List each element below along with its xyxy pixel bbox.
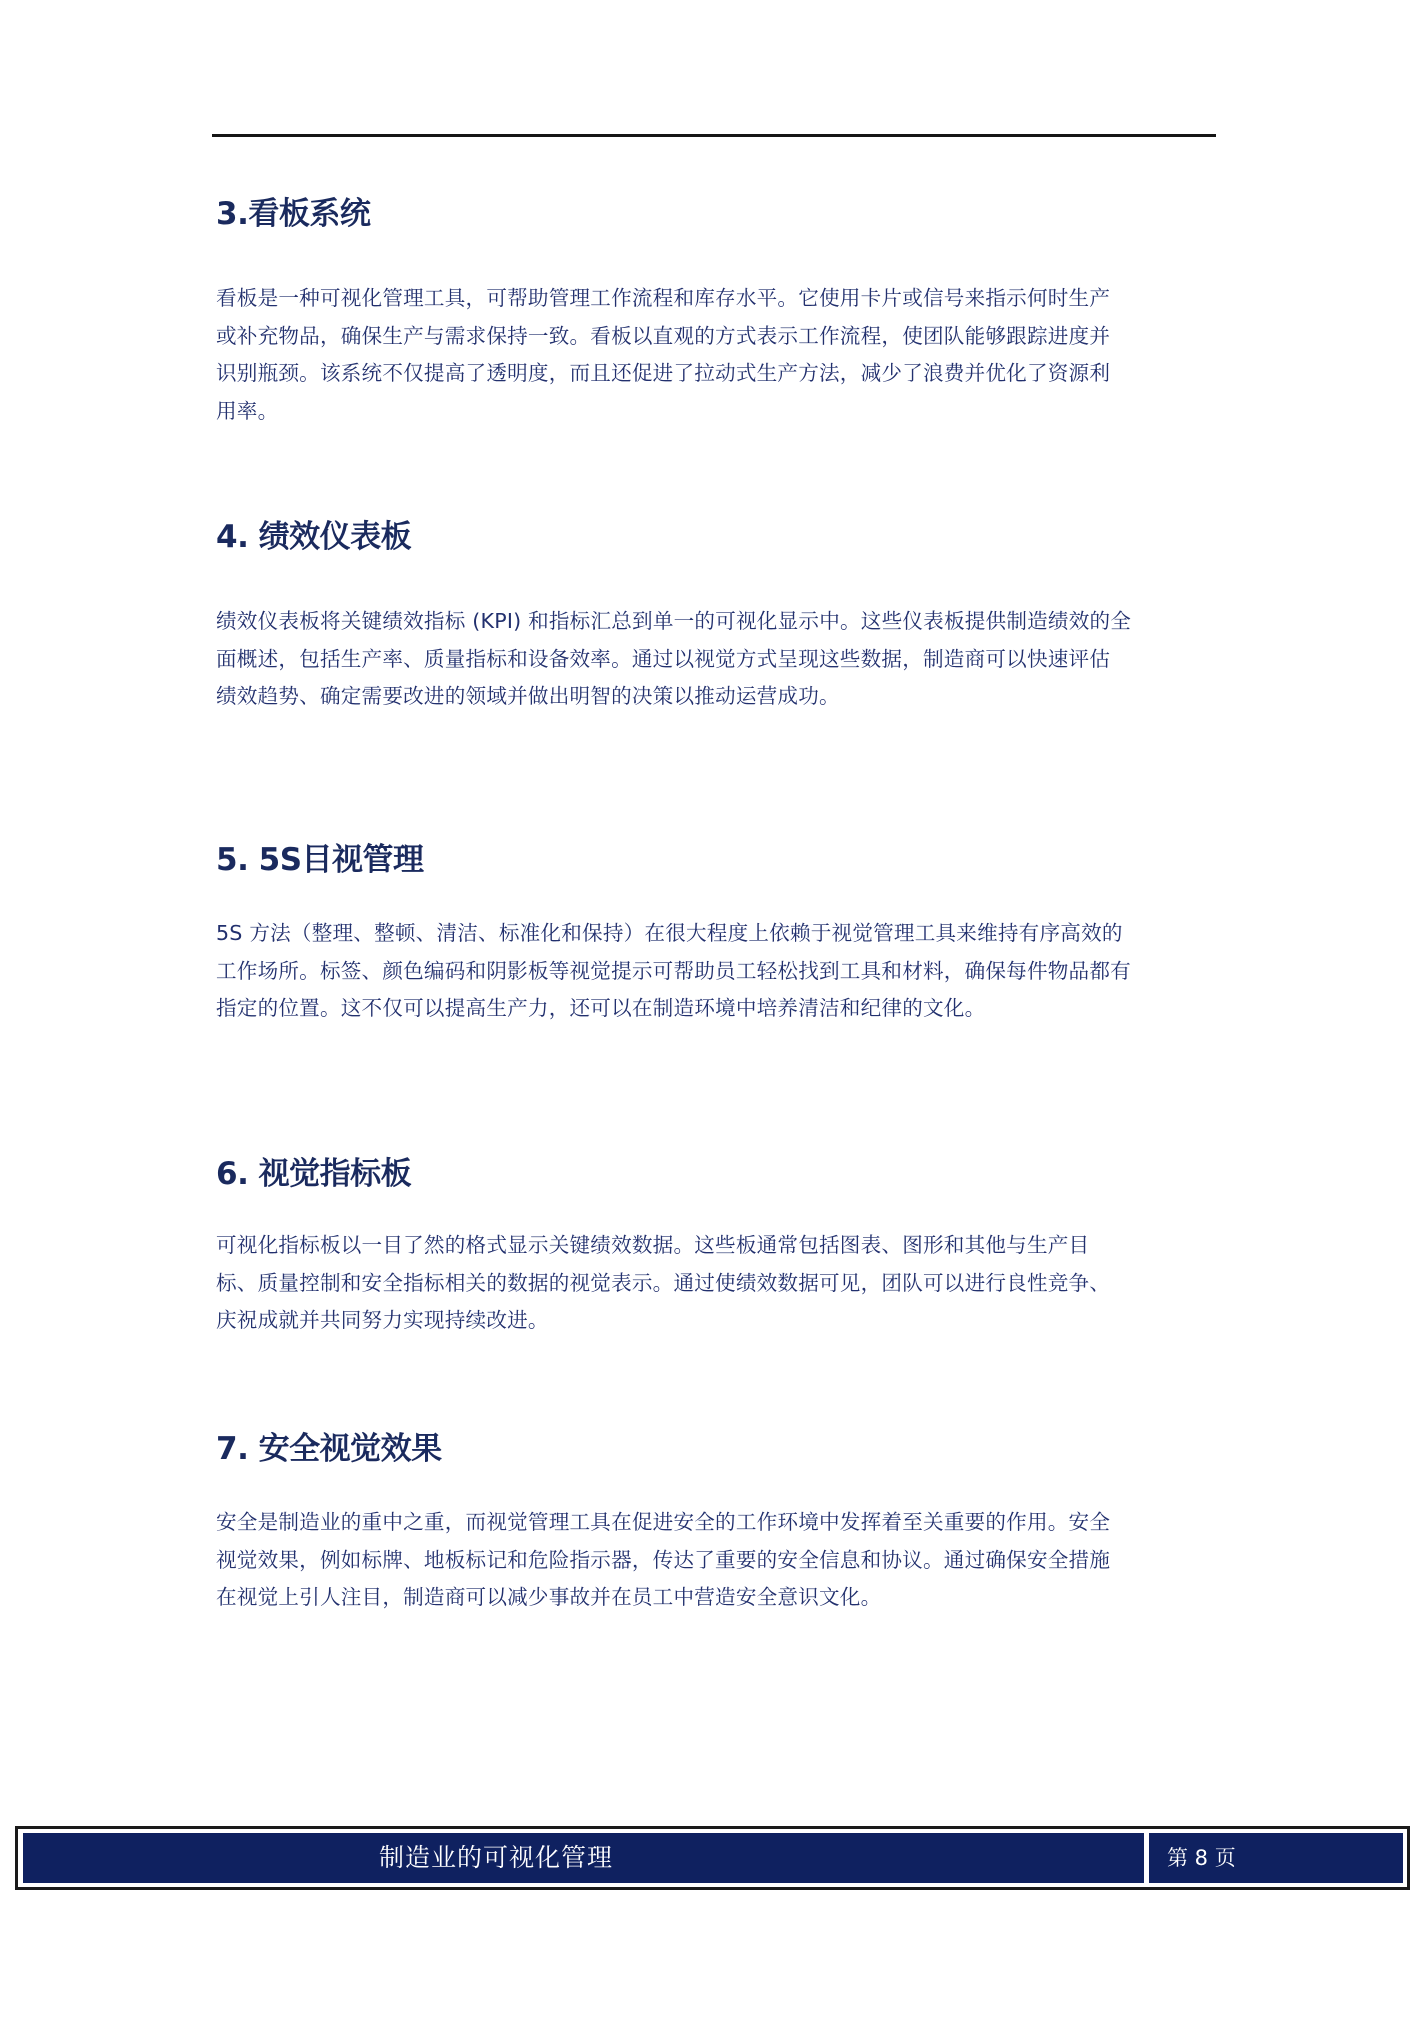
body-line: 标、质量控制和安全指标相关的数据的视觉表示。通过使绩效数据可见，团队可以进行良性…: [216, 1265, 1226, 1303]
body-line: 5S 方法（整理、整顿、清洁、标准化和保持）在很大程度上依赖于视觉管理工具来维持…: [216, 915, 1226, 953]
footer-page-box: 第 8 页: [1149, 1833, 1403, 1883]
body-line: 指定的位置。这不仅可以提高生产力，还可以在制造环境中培养清洁和纪律的文化。: [216, 990, 1226, 1028]
section-body: 可视化指标板以一目了然的格式显示关键绩效数据。这些板通常包括图表、图形和其他与生…: [216, 1227, 1226, 1340]
body-line: 看板是一种可视化管理工具，可帮助管理工作流程和库存水平。它使用卡片或信号来指示何…: [216, 280, 1226, 318]
section-body: 安全是制造业的重中之重，而视觉管理工具在促进安全的工作环境中发挥着至关重要的作用…: [216, 1504, 1226, 1617]
section-visual-metric-boards: 6. 视觉指标板 可视化指标板以一目了然的格式显示关键绩效数据。这些板通常包括图…: [216, 1154, 1216, 1194]
body-line: 在视觉上引人注目，制造商可以减少事故并在员工中营造安全意识文化。: [216, 1579, 1226, 1617]
page-footer: 制造业的可视化管理 第 8 页: [15, 1826, 1410, 1890]
body-line: 工作场所。标签、颜色编码和阴影板等视觉提示可帮助员工轻松找到工具和材料，确保每件…: [216, 953, 1226, 991]
section-title: 4. 绩效仪表板: [216, 517, 1216, 557]
section-kanban: 3.看板系统 看板是一种可视化管理工具，可帮助管理工作流程和库存水平。它使用卡片…: [216, 194, 1216, 234]
header-rule: [212, 134, 1216, 137]
section-safety-visuals: 7. 安全视觉效果 安全是制造业的重中之重，而视觉管理工具在促进安全的工作环境中…: [216, 1429, 1216, 1469]
body-line: 可视化指标板以一目了然的格式显示关键绩效数据。这些板通常包括图表、图形和其他与生…: [216, 1227, 1226, 1265]
body-line: 绩效仪表板将关键绩效指标 (KPI) 和指标汇总到单一的可视化显示中。这些仪表板…: [216, 603, 1226, 641]
body-line: 庆祝成就并共同努力实现持续改进。: [216, 1302, 1226, 1340]
body-line: 视觉效果，例如标牌、地板标记和危险指示器，传达了重要的安全信息和协议。通过确保安…: [216, 1542, 1226, 1580]
section-title: 5. 5S目视管理: [216, 840, 1216, 880]
section-title: 3.看板系统: [216, 194, 1216, 234]
body-line: 绩效趋势、确定需要改进的领域并做出明智的决策以推动运营成功。: [216, 678, 1226, 716]
section-title: 7. 安全视觉效果: [216, 1429, 1216, 1469]
footer-title-box: 制造业的可视化管理: [23, 1833, 1144, 1883]
section-body: 5S 方法（整理、整顿、清洁、标准化和保持）在很大程度上依赖于视觉管理工具来维持…: [216, 915, 1226, 1028]
section-performance-dashboard: 4. 绩效仪表板 绩效仪表板将关键绩效指标 (KPI) 和指标汇总到单一的可视化…: [216, 517, 1216, 557]
section-title: 6. 视觉指标板: [216, 1154, 1216, 1194]
section-5s-visual-management: 5. 5S目视管理 5S 方法（整理、整顿、清洁、标准化和保持）在很大程度上依赖…: [216, 840, 1216, 880]
page-number: 第 8 页: [1167, 1833, 1236, 1883]
body-line: 或补充物品，确保生产与需求保持一致。看板以直观的方式表示工作流程，使团队能够跟踪…: [216, 318, 1226, 356]
body-line: 用率。: [216, 393, 1226, 431]
body-line: 面概述，包括生产率、质量指标和设备效率。通过以视觉方式呈现这些数据，制造商可以快…: [216, 641, 1226, 679]
footer-document-title: 制造业的可视化管理: [379, 1833, 613, 1883]
body-line: 安全是制造业的重中之重，而视觉管理工具在促进安全的工作环境中发挥着至关重要的作用…: [216, 1504, 1226, 1542]
section-body: 看板是一种可视化管理工具，可帮助管理工作流程和库存水平。它使用卡片或信号来指示何…: [216, 280, 1226, 430]
section-body: 绩效仪表板将关键绩效指标 (KPI) 和指标汇总到单一的可视化显示中。这些仪表板…: [216, 603, 1226, 716]
body-line: 识别瓶颈。该系统不仅提高了透明度，而且还促进了拉动式生产方法，减少了浪费并优化了…: [216, 355, 1226, 393]
